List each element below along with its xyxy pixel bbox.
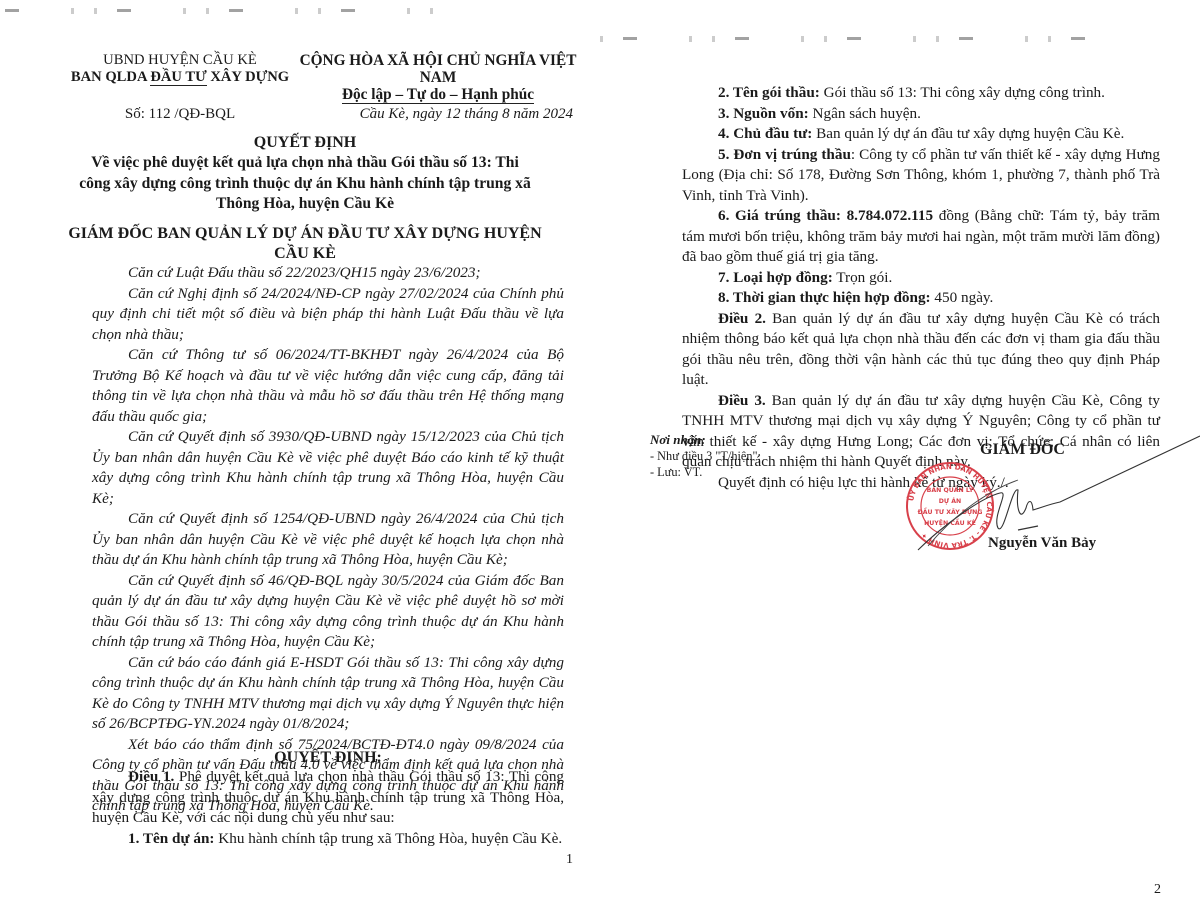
item-package-name: 2. Tên gói thầu: Gói thầu số 13: Thi côn… — [682, 83, 1160, 104]
legal-basis-item: Căn cứ Quyết định số 1254/QĐ-UBND ngày 2… — [92, 509, 564, 571]
document-number: Số: 112 /QĐ-BQL — [70, 104, 290, 125]
page-number: 2 — [1154, 880, 1161, 901]
recipients-heading: Nơi nhận: — [650, 432, 761, 448]
legal-basis-item: Căn cứ Nghị định số 24/2024/NĐ-CP ngày 2… — [92, 284, 564, 346]
document-subject: Về việc phê duyệt kết quả lựa chọn nhà t… — [75, 153, 535, 215]
item-funding-source: 3. Nguồn vốn: Ngân sách huyện. — [682, 104, 1160, 125]
recipients-block: Nơi nhận: - Như điều 3 "T/hiện"; - Lưu: … — [650, 432, 761, 480]
recipient-line: - Như điều 3 "T/hiện"; — [650, 448, 761, 464]
item-investor: 4. Chủ đầu tư: Ban quản lý dự án đầu tư … — [682, 124, 1160, 145]
document-page-1: UBND HUYỆN CẦU KÈ BAN QLDA ĐẦU TƯ XÂY DỰ… — [0, 0, 600, 911]
item-winning-bidder: 5. Đơn vị trúng thầu: Công ty cổ phần tư… — [682, 145, 1160, 207]
item-contract-duration: 8. Thời gian thực hiện hợp đồng: 450 ngà… — [682, 288, 1160, 309]
article-label: Điều 1. — [128, 768, 174, 785]
document-page-2: 2. Tên gói thầu: Gói thầu số 13: Thi côn… — [600, 0, 1200, 911]
national-motto: Độc lập – Tự do – Hạnh phúc — [342, 87, 534, 104]
item-contract-type: 7. Loại hợp đồng: Trọn gói. — [682, 268, 1160, 289]
issuer-org: BAN QLDA ĐẦU TƯ XÂY DỰNG — [70, 69, 290, 86]
legal-basis-item: Căn cứ Quyết định số 3930/QĐ-UBND ngày 1… — [92, 427, 564, 509]
item-project-name: 1. Tên dự án: Khu hành chính tập trung x… — [92, 829, 564, 850]
page-number: 1 — [566, 850, 573, 871]
national-header: CỘNG HÒA XÃ HỘI CHỦ NGHĨA VIỆT NAM Độc l… — [283, 52, 593, 104]
legal-basis-item: Căn cứ báo cáo đánh giá E-HSDT Gói thầu … — [92, 653, 564, 735]
signer-name: Nguyễn Văn Bảy — [988, 533, 1096, 554]
decision-heading: QUYẾT ĐỊNH: — [92, 748, 564, 769]
legal-basis-item: Căn cứ Quyết định số 46/QĐ-BQL ngày 30/5… — [92, 571, 564, 653]
item-winning-price: 6. Giá trúng thầu: 8.784.072.115 đồng (B… — [682, 206, 1160, 268]
issuer-header: UBND HUYỆN CẦU KÈ BAN QLDA ĐẦU TƯ XÂY DỰ… — [70, 52, 290, 86]
place-and-date: Cầu Kè, ngày 12 tháng 8 năm 2024 — [283, 104, 593, 125]
article-2: Điều 2. Ban quản lý dự án đầu tư xây dựn… — [682, 309, 1160, 391]
legal-basis-item: Căn cứ Thông tư số 06/2024/TT-BKHĐT ngày… — [92, 345, 564, 427]
issuer-parent-org: UBND HUYỆN CẦU KÈ — [70, 52, 290, 69]
article-1: Điều 1. Phê duyệt kết quả lựa chọn nhà t… — [92, 767, 564, 849]
issuing-authority: GIÁM ĐỐC BAN QUẢN LÝ DỰ ÁN ĐẦU TƯ XÂY DỰ… — [65, 224, 545, 264]
legal-basis-item: Căn cứ Luật Đấu thầu số 22/2023/QH15 ngà… — [92, 263, 564, 284]
document-type: QUYẾT ĐỊNH — [90, 133, 520, 154]
country-name: CỘNG HÒA XÃ HỘI CHỦ NGHĨA VIỆT NAM — [283, 52, 593, 86]
recipient-line: - Lưu: VT. — [650, 464, 761, 480]
legal-basis-list: Căn cứ Luật Đấu thầu số 22/2023/QH15 ngà… — [92, 263, 564, 817]
